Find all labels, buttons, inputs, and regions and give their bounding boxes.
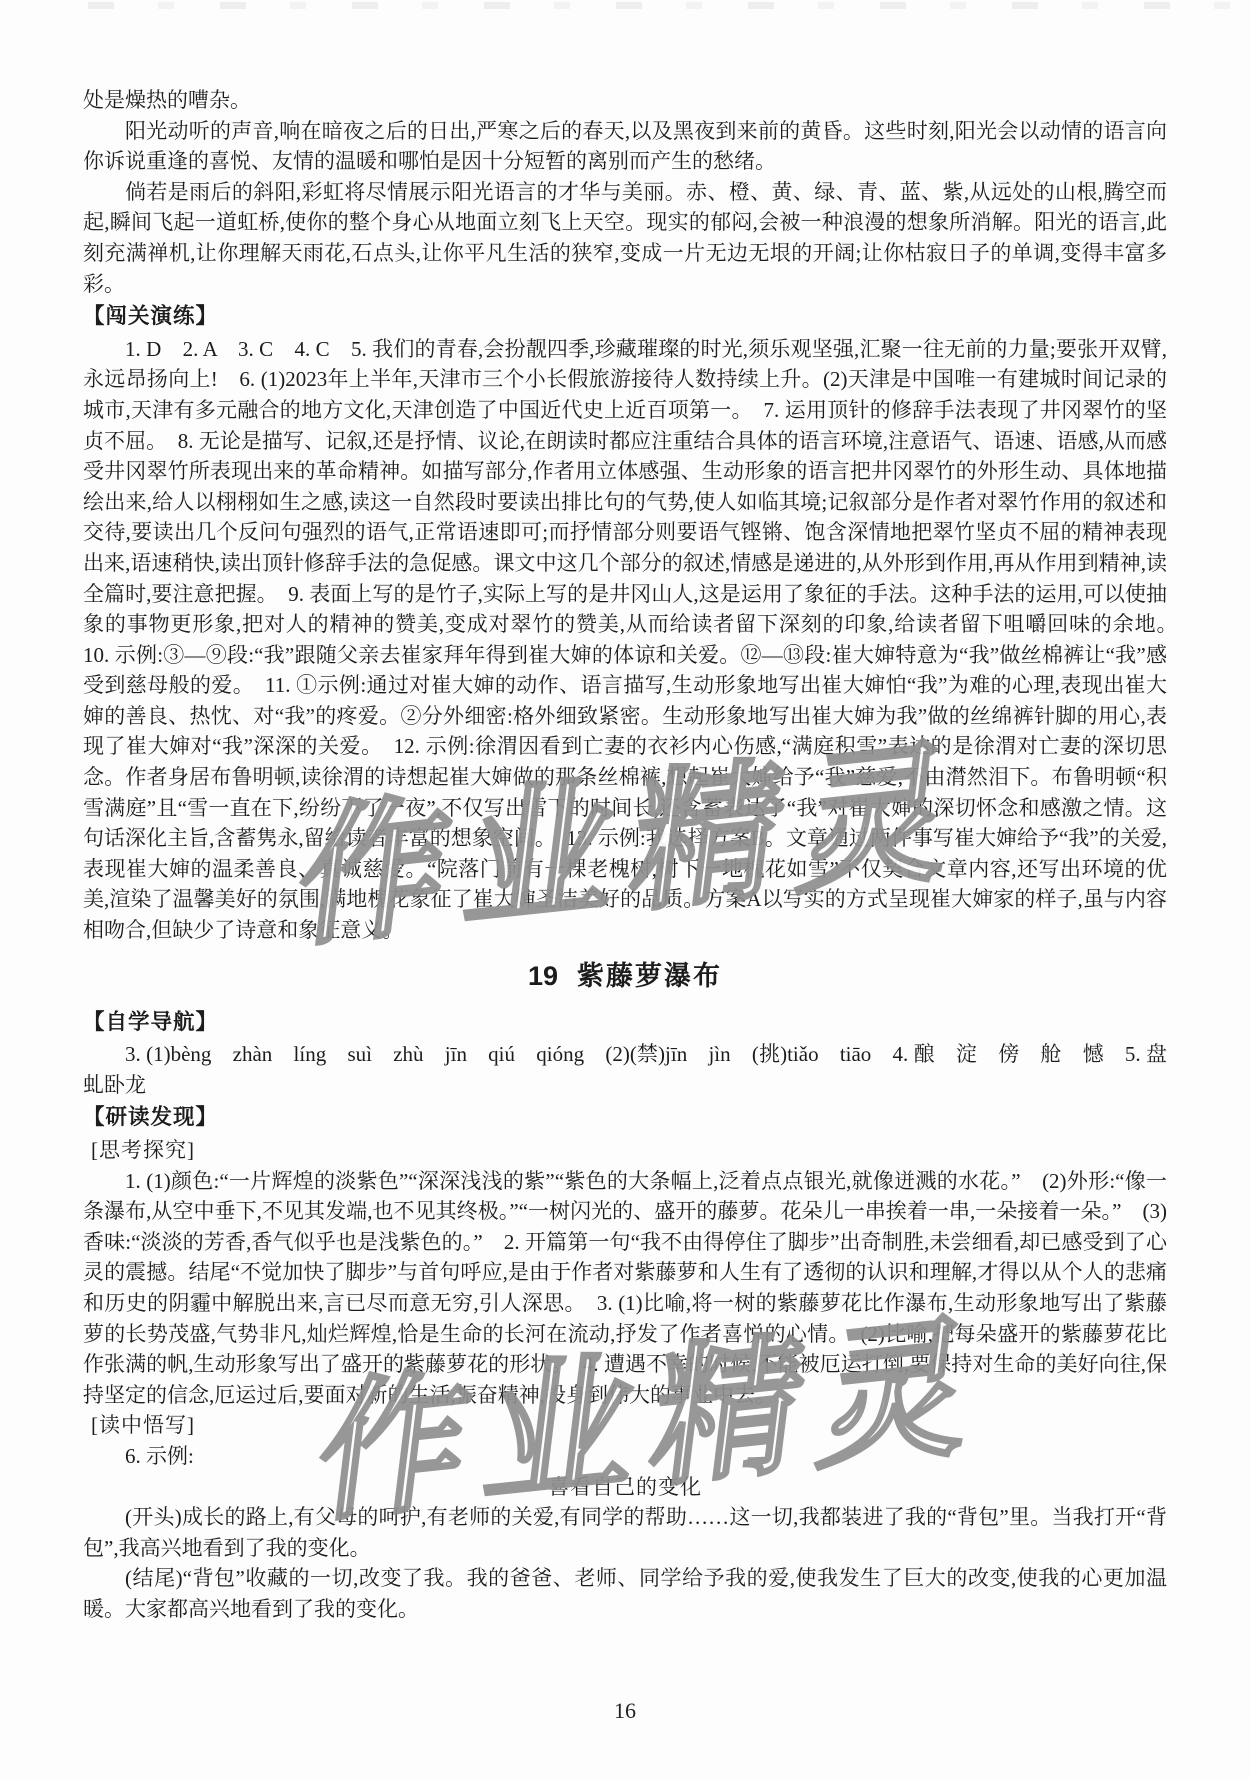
lesson-title: 紫藤萝瀑布	[577, 961, 722, 991]
read-write-intro: 6. 示例:	[83, 1441, 1167, 1472]
scan-edge-artifact	[88, 2, 1250, 9]
section-header-research: 【研读发现】	[83, 1102, 1167, 1133]
essay-title: 喜看自己的变化	[83, 1472, 1167, 1503]
lesson-heading: 19紫藤萝瀑布	[83, 959, 1167, 993]
section-header-selfstudy: 【自学导航】	[83, 1007, 1167, 1038]
subheader-think-explore: [思考探究]	[83, 1135, 1167, 1166]
intro-paragraph-2: 倘若是雨后的斜阳,彩虹将尽情展示阳光语言的才华与美丽。赤、橙、黄、绿、青、蓝、紫…	[83, 177, 1167, 299]
think-explore-answers: 1. (1)颜色:“一片辉煌的淡紫色”“深深浅浅的紫”“紫色的大条幅上,泛着点点…	[83, 1166, 1167, 1411]
essay-paragraph-ending: (结尾)“背包”收藏的一切,改变了我。我的爸爸、老师、同学给予我的爱,使我发生了…	[83, 1563, 1167, 1624]
page-number: 16	[0, 1698, 1250, 1724]
section-header-drill: 【闯关演练】	[83, 301, 1167, 332]
selfstudy-answers: 3. (1)bèng zhàn líng suì zhù jīn qiú qió…	[83, 1039, 1167, 1100]
intro-continuation-line: 处是燥热的嘈杂。	[83, 85, 1167, 116]
workbook-page: 处是燥热的嘈杂。 阳光动听的声音,响在暗夜之后的日出,严寒之后的春天,以及黑夜到…	[0, 0, 1250, 1778]
page-content: 处是燥热的嘈杂。 阳光动听的声音,响在暗夜之后的日出,严寒之后的春天,以及黑夜到…	[83, 85, 1167, 1625]
lesson-number: 19	[528, 961, 558, 991]
drill-answers: 1. D 2. A 3. C 4. C 5. 我们的青春,会扮靓四季,珍藏璀璨的…	[83, 334, 1167, 946]
subheader-read-write: [读中悟写]	[83, 1410, 1167, 1441]
intro-paragraph-1: 阳光动听的声音,响在暗夜之后的日出,严寒之后的春天,以及黑夜到来前的黄昏。这些时…	[83, 116, 1167, 177]
essay-paragraph-opening: (开头)成长的路上,有父母的呵护,有老师的关爱,有同学的帮助……这一切,我都装进…	[83, 1502, 1167, 1563]
